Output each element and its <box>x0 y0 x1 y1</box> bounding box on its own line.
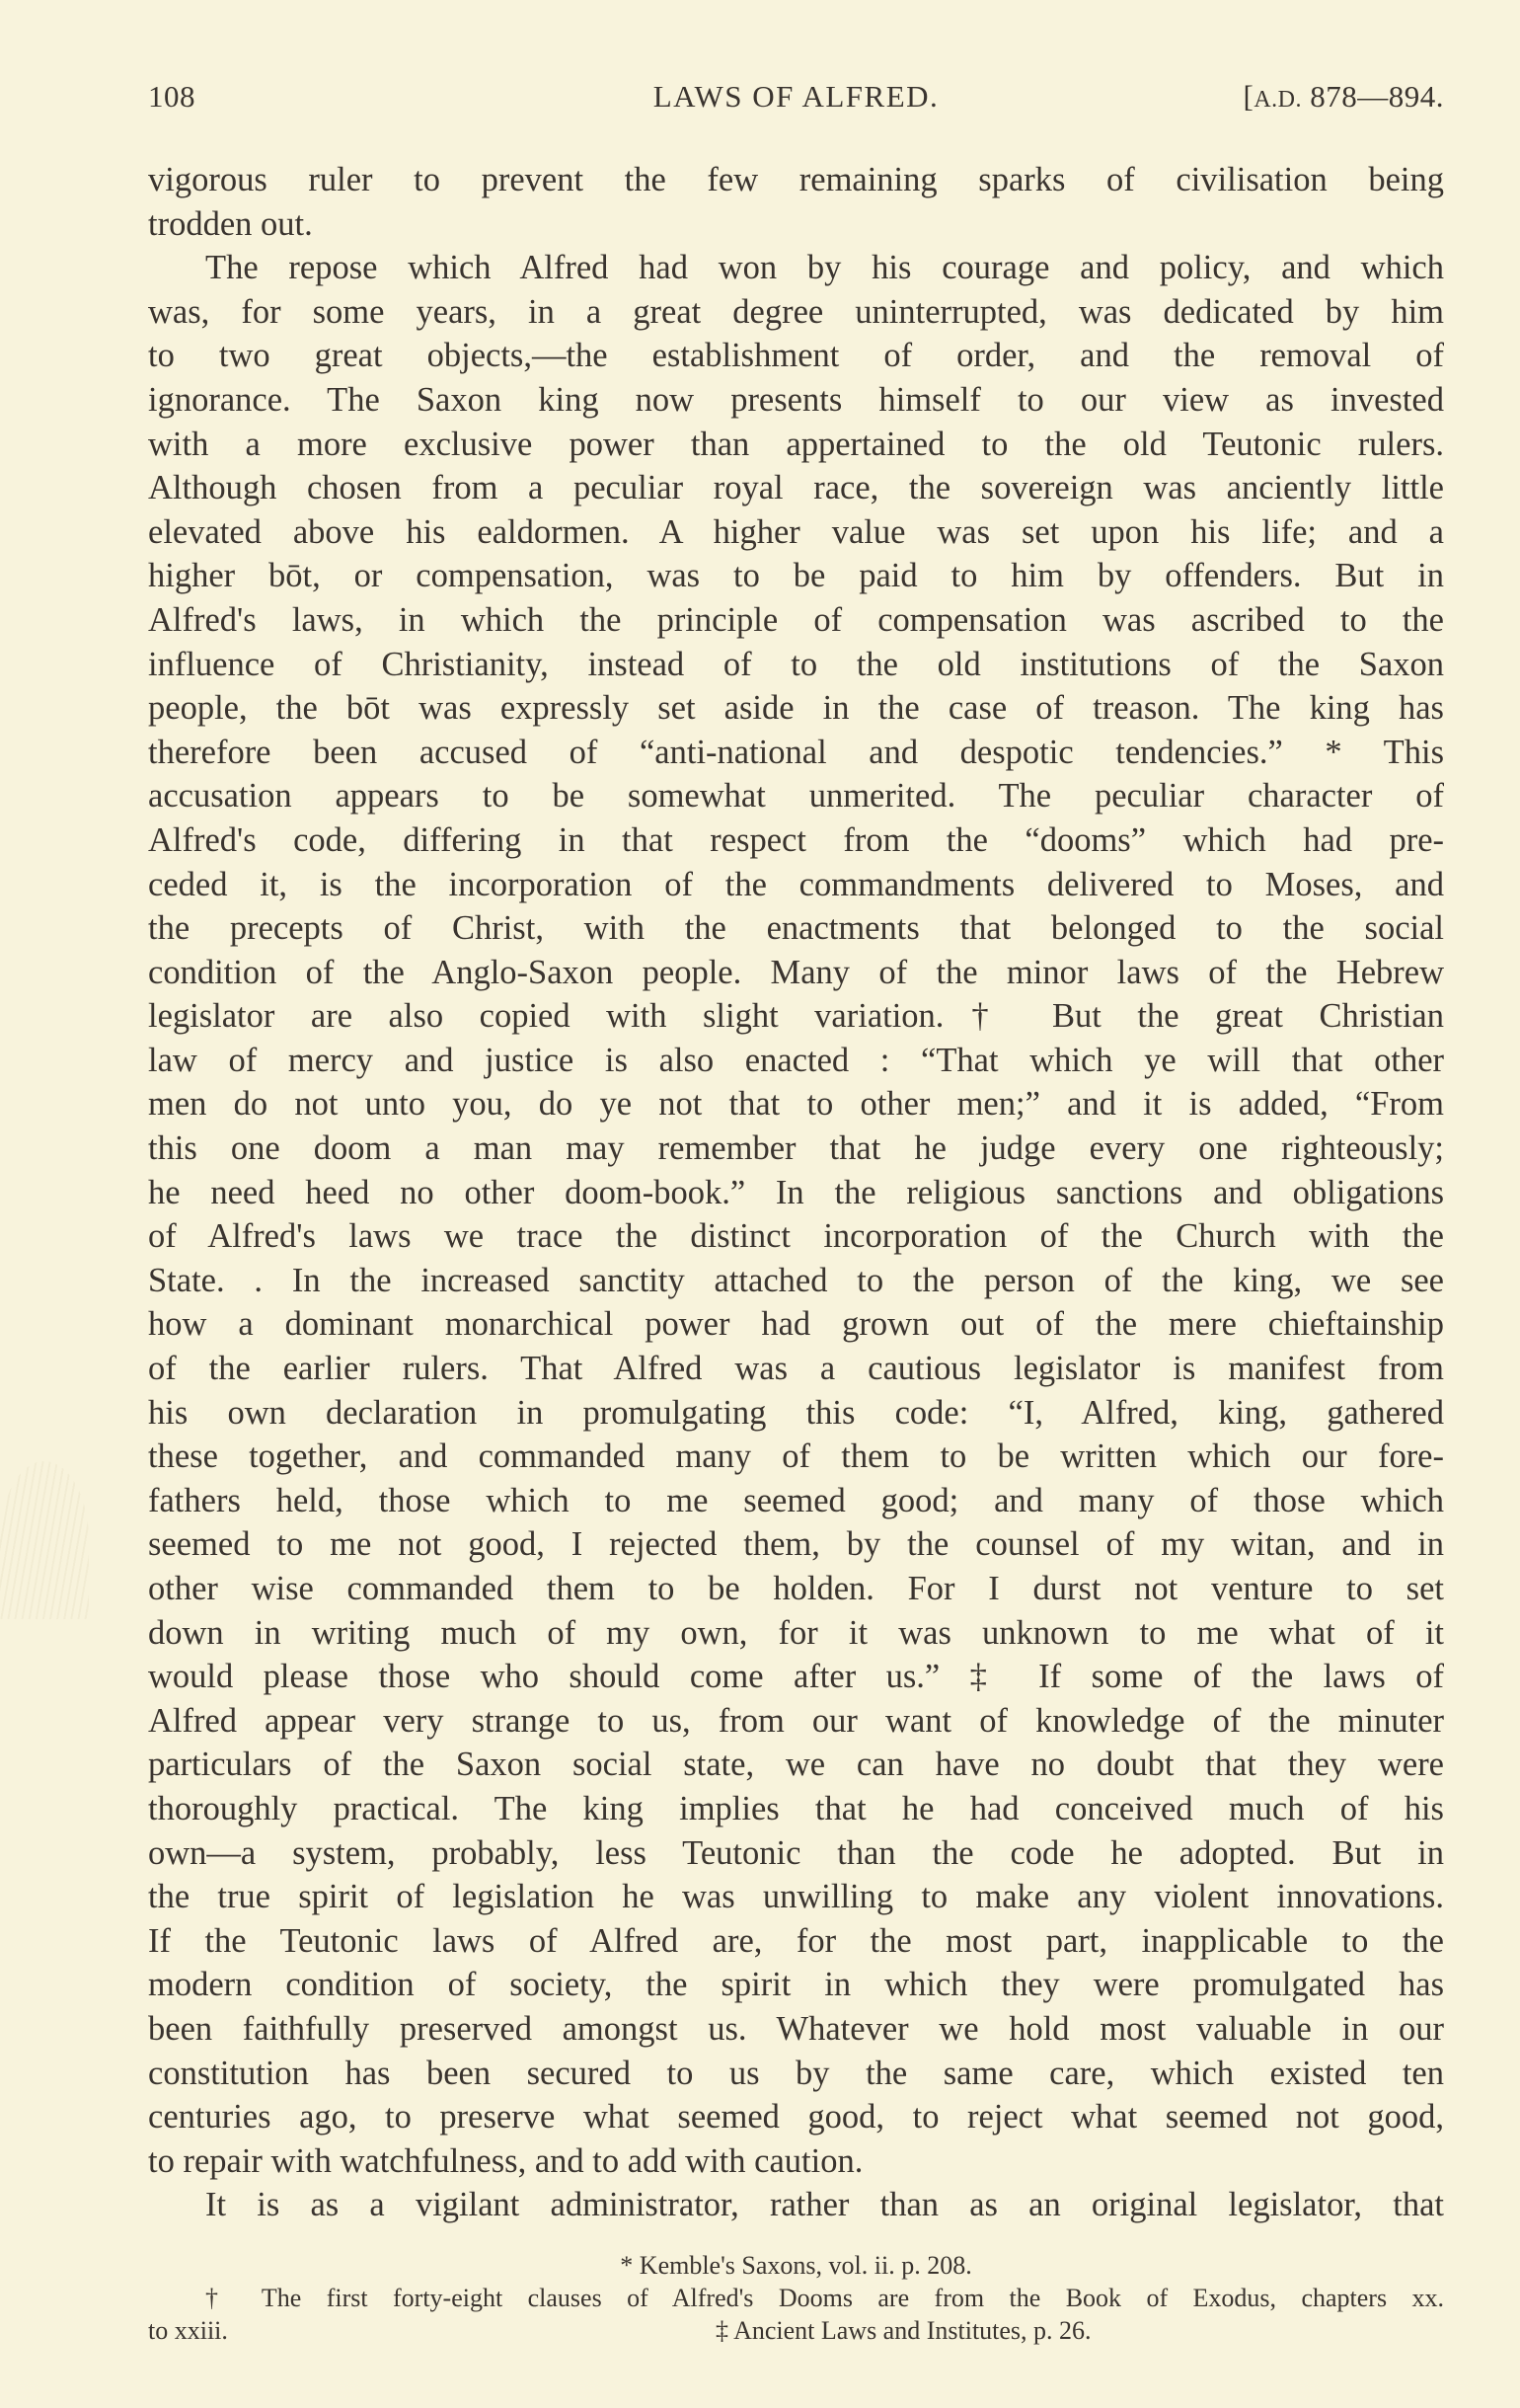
text-line: how a dominant monarchical power had gro… <box>148 1302 1444 1347</box>
paragraph: vigorous ruler to prevent the few remain… <box>148 158 1444 246</box>
text-line: of the earlier rulers. That Alfred was a… <box>148 1347 1444 1391</box>
running-head: 108 LAWS OF ALFRED. [A.D. 878—894. <box>148 69 1444 128</box>
text-line: he need heed no other doom-book.” In the… <box>148 1171 1444 1215</box>
footnote-row: to xxiii. ‡ Ancient Laws and Institutes,… <box>148 2314 1444 2347</box>
text-line: fathers held, those which to me seemed g… <box>148 1479 1444 1523</box>
text-line: particulars of the Saxon social state, w… <box>148 1743 1444 1787</box>
text-line: accusation appears to be somewhat unmeri… <box>148 774 1444 818</box>
text-line: the precepts of Christ, with the enactme… <box>148 906 1444 951</box>
text-line: been faithfully preserved amongst us. Wh… <box>148 2007 1444 2052</box>
text-line: It is as a vigilant administrator, rathe… <box>148 2183 1444 2227</box>
text-line: these together, and commanded many of th… <box>148 1435 1444 1479</box>
text-line: of Alfred's laws we trace the distinct i… <box>148 1214 1444 1259</box>
body-text: vigorous ruler to prevent the few remain… <box>148 158 1444 2227</box>
text-line: condition of the Anglo-Saxon people. Man… <box>148 951 1444 995</box>
text-line: law of mercy and justice is also enacted… <box>148 1039 1444 1083</box>
text-line: men do not unto you, do ye not that to o… <box>148 1082 1444 1126</box>
text-line: with a more exclusive power than apperta… <box>148 423 1444 467</box>
text-line: ignorance. The Saxon king now presents h… <box>148 378 1444 423</box>
text-line: Alfred's code, differing in that respect… <box>148 818 1444 863</box>
footnote-1: * Kemble's Saxons, vol. ii. p. 208. <box>148 2249 1444 2282</box>
text-line: his own declaration in promulgating this… <box>148 1391 1444 1436</box>
text-line: legislator are also copied with slight v… <box>148 994 1444 1039</box>
text-line: the true spirit of legislation he was un… <box>148 1875 1444 1919</box>
text-line: trodden out. <box>148 202 1444 247</box>
text-line: own—a system, probably, less Teutonic th… <box>148 1831 1444 1876</box>
text-line: vigorous ruler to prevent the few remain… <box>148 158 1444 202</box>
text-line: Alfred's laws, in which the principle of… <box>148 598 1444 643</box>
text-line: was, for some years, in a great degree u… <box>148 290 1444 335</box>
paragraph: It is as a vigilant administrator, rathe… <box>148 2183 1444 2227</box>
footnotes: * Kemble's Saxons, vol. ii. p. 208. † Th… <box>148 2249 1444 2347</box>
text-line: to repair with watchfulness, and to add … <box>148 2139 1444 2184</box>
footnote-3: ‡ Ancient Laws and Institutes, p. 26. <box>716 2314 1092 2347</box>
text-line: Although chosen from a peculiar royal ra… <box>148 466 1444 510</box>
text-line: constitution has been secured to us by t… <box>148 2052 1444 2096</box>
text-line: people, the bōt was expressly set aside … <box>148 686 1444 731</box>
text-line: down in writing much of my own, for it w… <box>148 1611 1444 1656</box>
book-page: 108 LAWS OF ALFRED. [A.D. 878—894. vigor… <box>148 69 1444 2347</box>
text-line: The repose which Alfred had won by his c… <box>148 246 1444 290</box>
text-line: ceded it, is the incorporation of the co… <box>148 863 1444 907</box>
text-line: higher bōt, or compensation, was to be p… <box>148 554 1444 598</box>
text-line: other wise commanded them to be holden. … <box>148 1567 1444 1611</box>
text-line: therefore been accused of “anti-national… <box>148 731 1444 775</box>
paragraph: The repose which Alfred had won by his c… <box>148 246 1444 2183</box>
page-fold-shadow <box>0 1461 89 1619</box>
footnote-2: † The first forty-eight clauses of Alfre… <box>148 2282 1444 2314</box>
text-line: If the Teutonic laws of Alfred are, for … <box>148 1919 1444 1964</box>
text-line: elevated above his ealdormen. A higher v… <box>148 510 1444 555</box>
text-line: to two great objects,—the establishment … <box>148 334 1444 378</box>
text-line: centuries ago, to preserve what seemed g… <box>148 2095 1444 2139</box>
text-line: influence of Christianity, instead of to… <box>148 643 1444 687</box>
text-line: Alfred appear very strange to us, from o… <box>148 1699 1444 1744</box>
text-line: thoroughly practical. The king implies t… <box>148 1787 1444 1831</box>
footnote-2-continued: to xxiii. <box>148 2314 228 2347</box>
date-range: [A.D. 878—894. <box>1244 79 1445 115</box>
text-line: would please those who should come after… <box>148 1655 1444 1699</box>
text-line: this one doom a man may remember that he… <box>148 1126 1444 1171</box>
text-line: modern condition of society, the spirit … <box>148 1963 1444 2007</box>
text-line: seemed to me not good, I rejected them, … <box>148 1522 1444 1567</box>
text-line: State. . In the increased sanctity attac… <box>148 1259 1444 1303</box>
